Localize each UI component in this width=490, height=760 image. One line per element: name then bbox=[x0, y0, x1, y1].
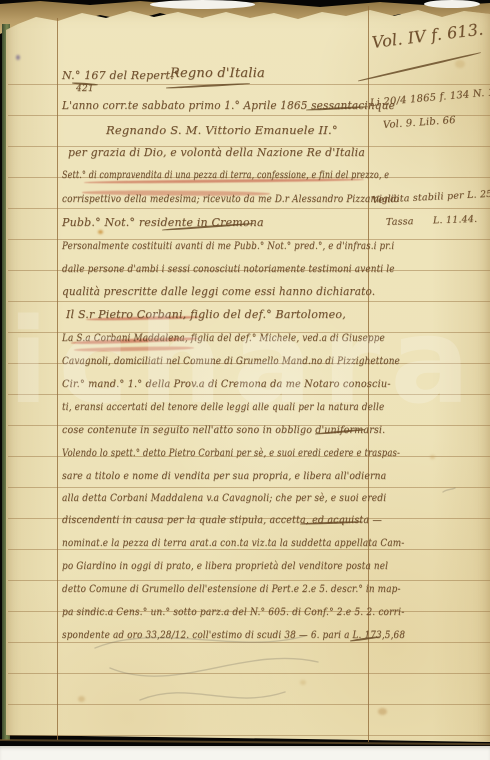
torn-edge-gap bbox=[150, 0, 255, 9]
scan-background-strip bbox=[0, 746, 490, 760]
torn-edge-gap bbox=[424, 0, 480, 8]
watermark: ichara bbox=[8, 300, 490, 430]
manuscript-scan: N.° 167 del Repert.°421Regno d'ItaliaL'a… bbox=[0, 0, 490, 760]
